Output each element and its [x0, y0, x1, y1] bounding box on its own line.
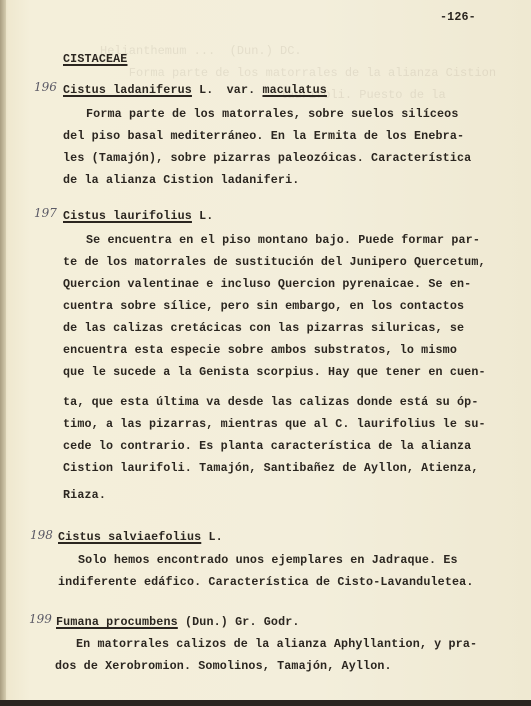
- species-name: Cistus salviaefolius: [58, 530, 201, 544]
- body-line: indiferente edáfico. Característica de C…: [58, 575, 474, 589]
- margin-number: 199: [29, 612, 52, 626]
- body-line: Quercion valentinae e incluso Quercion p…: [63, 277, 471, 291]
- body-line: encuentra esta especie sobre ambos subst…: [63, 343, 457, 357]
- species-name: Fumana procumbens: [56, 615, 178, 629]
- species-authority: L.: [208, 530, 222, 544]
- show-through-text: Helianthemum ... (Dun.) DC.: [100, 44, 302, 58]
- margin-number: 196: [34, 80, 57, 94]
- species-heading: Cistus laurifolius L.: [63, 209, 213, 223]
- species-heading: Cistus ladaniferus L. var. maculatus: [63, 83, 327, 97]
- document-page: Helianthemum ... (Dun.) DC. Forma parte …: [0, 0, 531, 700]
- species-authority: (Dun.) Gr. Godr.: [185, 615, 300, 629]
- section-heading: CISTACEAE: [63, 52, 127, 66]
- margin-number: 198: [30, 528, 53, 542]
- species-heading: Fumana procumbens (Dun.) Gr. Godr.: [56, 615, 300, 629]
- body-line: de la alianza Cistion ladaniferi.: [63, 173, 299, 187]
- body-line: En matorrales calizos de la alianza Aphy…: [76, 637, 477, 651]
- body-line: de las calizas cretácicas con las pizarr…: [63, 321, 464, 335]
- body-line: timo, a las pizarras, mientras que al C.…: [63, 417, 486, 431]
- margin-number: 197: [34, 206, 57, 220]
- variety-name: maculatus: [262, 83, 326, 97]
- show-through-text: Forma parte de los matorrales de la alia…: [100, 66, 496, 80]
- body-line: Cistion laurifoli. Tamajón, Santibañez d…: [63, 461, 479, 475]
- body-line: que le sucede a la Genista scorpius. Hay…: [63, 365, 486, 379]
- body-line: te de los matorrales de sustitución del …: [63, 255, 486, 269]
- body-line: Solo hemos encontrado unos ejemplares en…: [78, 553, 458, 567]
- species-name: Cistus laurifolius: [63, 209, 192, 223]
- body-line: dos de Xerobromion. Somolinos, Tamajón, …: [55, 659, 392, 673]
- page-number: -126-: [440, 10, 476, 24]
- body-line: les (Tamajón), sobre pizarras paleozóica…: [63, 151, 471, 165]
- species-heading: Cistus salviaefolius L.: [58, 530, 223, 544]
- body-line: Riaza.: [63, 488, 106, 502]
- species-name: Cistus ladaniferus: [63, 83, 192, 97]
- species-authority: L.: [199, 83, 213, 97]
- species-authority: L.: [199, 209, 213, 223]
- body-line: del piso basal mediterráneo. En la Ermit…: [63, 129, 464, 143]
- body-line: cuentra sobre sílice, pero sin embargo, …: [63, 299, 464, 313]
- body-line: ta, que esta última va desde las calizas…: [63, 395, 479, 409]
- body-line: Forma parte de los matorrales, sobre sue…: [86, 107, 459, 121]
- body-line: Se encuentra en el piso montano bajo. Pu…: [86, 233, 480, 247]
- variety-prefix: var.: [227, 83, 256, 97]
- body-line: cede lo contrario. Es planta característ…: [63, 439, 471, 453]
